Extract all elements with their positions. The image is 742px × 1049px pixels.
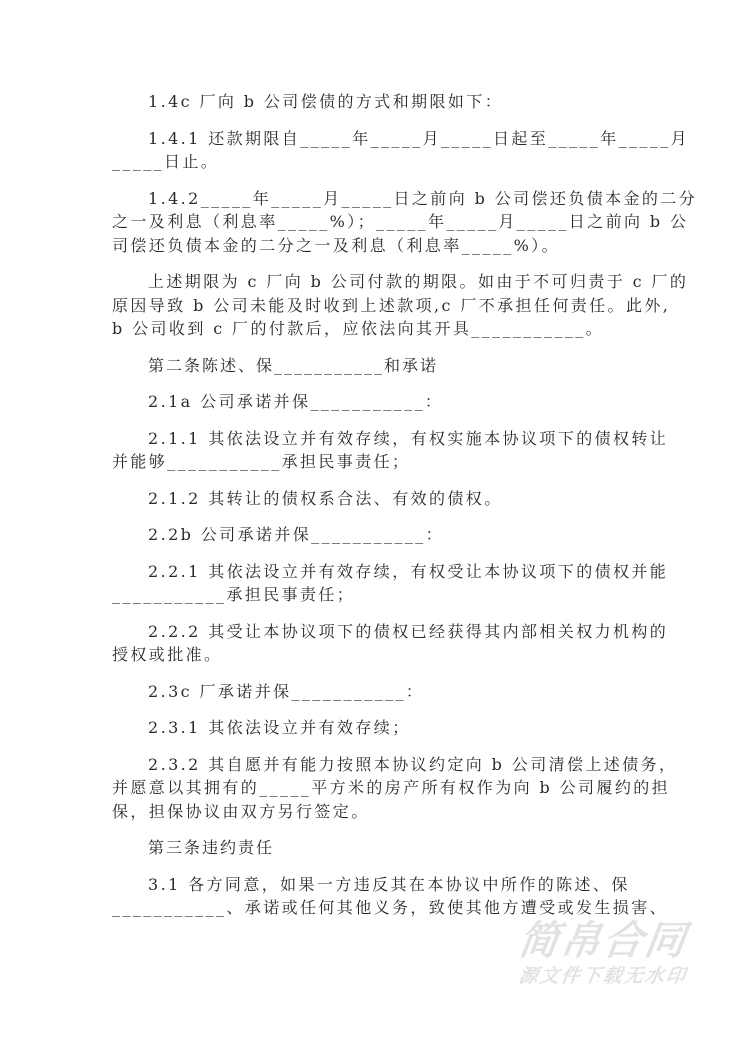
section-heading: 第三条违约责任 [112,836,632,860]
text-line: 并愿意以其拥有的_____平方米的房产所有权作为向 b 公司履约的担 [112,776,632,800]
clause-2-3: 2.3c 厂承诺并保___________： [112,680,632,704]
text-line: 1.4.2_____年_____月_____日之前向 b 公司偿还负债本金的二分 [112,187,632,211]
article-2-heading: 第二条陈述、保___________和承诺 [112,354,632,378]
clause-2-3-2: 2.3.2 其自愿并有能力按照本协议约定向 b 公司清偿上述债务， 并愿意以其拥… [112,753,632,824]
text-line: _____日止。 [112,150,632,174]
text-line: 1.4.1 还款期限自_____年_____月_____日起至_____年___… [112,127,632,151]
document-page: 1.4c 厂向 b 公司偿债的方式和期限如下： 1.4.1 还款期限自_____… [0,0,742,1049]
clause-2-1-1: 2.1.1 其依法设立并有效存续，有权实施本协议项下的债权转让 并能够_____… [112,427,632,474]
text-line: ___________、承诺或任何其他义务，致使其他方遭受或发生损害、 [112,896,632,920]
section-heading: 第二条陈述、保___________和承诺 [112,354,632,378]
text-line: 2.2b 公司承诺并保___________： [112,523,632,547]
text-line: 2.1a 公司承诺并保___________： [112,390,632,414]
text-line: 原因导致 b 公司未能及时收到上述款项,c 厂不承担任何责任。此外, [112,294,632,318]
text-line: 2.3.1 其依法设立并有效存续； [112,716,632,740]
article-3-heading: 第三条违约责任 [112,836,632,860]
text-line: 2.2.1 其依法设立并有效存续，有权受让本协议项下的债权并能 [112,560,632,584]
text-line: 3.1 各方同意，如果一方违反其在本协议中所作的陈述、保 [112,873,632,897]
text-line: 2.3c 厂承诺并保___________： [112,680,632,704]
clause-1-4-2: 1.4.2_____年_____月_____日之前向 b 公司偿还负债本金的二分… [112,187,632,258]
clause-3-1: 3.1 各方同意，如果一方违反其在本协议中所作的陈述、保 ___________… [112,873,632,920]
text-line: 保，担保协议由双方另行签定。 [112,800,632,824]
text-line: 并能够___________承担民事责任； [112,450,632,474]
payment-period-paragraph: 上述期限为 c 厂向 b 公司付款的期限。如由于不可归责于 c 厂的 原因导致 … [112,270,632,341]
clause-2-3-1: 2.3.1 其依法设立并有效存续； [112,716,632,740]
clause-1-4: 1.4c 厂向 b 公司偿债的方式和期限如下： [112,90,632,114]
clause-1-4-1: 1.4.1 还款期限自_____年_____月_____日起至_____年___… [112,127,632,174]
text-line: 司偿还负债本金的二分之一及利息（利息率_____%）。 [112,234,632,258]
text-line: 上述期限为 c 厂向 b 公司付款的期限。如由于不可归责于 c 厂的 [112,270,632,294]
text-line: 授权或批准。 [112,643,632,667]
text-line: ___________承担民事责任； [112,583,632,607]
clause-2-2-2: 2.2.2 其受让本协议项下的债权已经获得其内部相关权力机构的 授权或批准。 [112,620,632,667]
text-line: 2.1.2 其转让的债权系合法、有效的债权。 [112,487,632,511]
watermark-tagline: 源文件下载无水印 [506,964,699,988]
clause-2-2-1: 2.2.1 其依法设立并有效存续，有权受让本协议项下的债权并能 ________… [112,560,632,607]
document-body: 1.4c 厂向 b 公司偿债的方式和期限如下： 1.4.1 还款期限自_____… [112,90,632,933]
clause-2-2: 2.2b 公司承诺并保___________： [112,523,632,547]
text-line: 之一及利息（利息率_____%）；_____年_____月_____日之前向 b… [112,210,632,234]
clause-2-1-2: 2.1.2 其转让的债权系合法、有效的债权。 [112,487,632,511]
text-line: 2.2.2 其受让本协议项下的债权已经获得其内部相关权力机构的 [112,620,632,644]
text-line: b 公司收到 c 厂的付款后，应依法向其开具___________。 [112,317,632,341]
text-line: 2.1.1 其依法设立并有效存续，有权实施本协议项下的债权转让 [112,427,632,451]
text-line: 1.4c 厂向 b 公司偿债的方式和期限如下： [112,90,632,114]
text-line: 2.3.2 其自愿并有能力按照本协议约定向 b 公司清偿上述债务， [112,753,632,777]
clause-2-1: 2.1a 公司承诺并保___________： [112,390,632,414]
